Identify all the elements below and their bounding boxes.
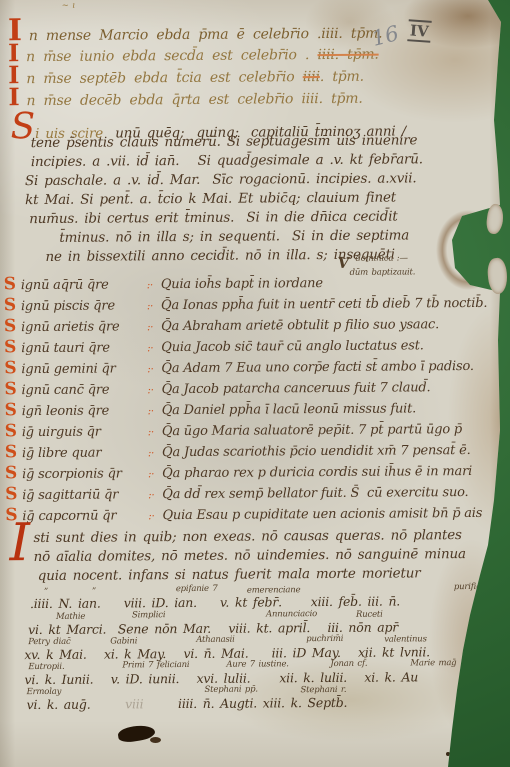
text-segment: epifanie 7 (176, 584, 218, 594)
text-segment: tene p̄sentis clauis numerū. Si septuag… (31, 132, 418, 151)
manuscript-line: V (338, 256, 350, 271)
manuscript-line: dūm baptizauit. (350, 268, 416, 277)
text-segment: Q̄a Judas scariothis p̄cio uendidit xm̄ … (162, 443, 471, 460)
text-segment: Q̄a Daniel pph̄a ī lacū leonū missus … (162, 401, 416, 418)
text-segment: Eutropii. (28, 662, 64, 672)
text-segment: ignū canc̄ q̄re (21, 383, 147, 397)
text-segment: iiii (303, 69, 320, 85)
text-segment: n mense Marcio ebda p̄ma ē celebr̄io .i… (29, 26, 383, 44)
text-segment: iḡ scorpionis q̄r (22, 467, 148, 481)
folio-numeral-ink: IV (407, 19, 431, 43)
text-segment: iiii. tp̄m. (317, 47, 378, 63)
manuscript-line: Stephani pp̄. (205, 685, 258, 694)
text-segment (154, 382, 162, 397)
text-segment: dominica :— (356, 253, 408, 263)
manuscript-line: Signū arietis q̄re:· Q̄a Abraham ariete… (4, 315, 439, 335)
manuscript-line: vi. k. auḡ. viii iiii. n̄. Augti. xiii.… (27, 697, 348, 712)
text-segment: . tp̄m. (320, 69, 364, 85)
text-segment: V (338, 254, 350, 272)
manuscript-line: I (9, 528, 30, 564)
manuscript-line: nō aīalia domites, nō metes. nō uind… (34, 548, 466, 565)
text-segment: n m̄se iunio ebda secd̄a est celebr̄io . (26, 47, 317, 65)
manuscript-line: Ruceti (356, 611, 383, 620)
text-segment: Jonan cf̄. (330, 659, 367, 669)
manuscript-line: Signū tauri q̄re:· Quia Jacob sic̄ taur… (4, 336, 424, 356)
manuscript-page: ~ ıIn mense Marcio ebda p̄ma ē celebr̄i… (0, 0, 510, 767)
manuscript-line: Simplici (132, 611, 165, 620)
manuscript-line: incipies. a .vii. id̄ ian̄. Si quad̄gesi… (31, 153, 423, 169)
manuscript-line: Annunciacio (266, 610, 317, 619)
text-segment: dūm baptizauit. (350, 267, 416, 277)
manuscript-line: Primi 7 feliciani (122, 661, 189, 670)
rubric-initial: S (4, 358, 21, 378)
text-segment: Q̄a Ionas pph̄a fuit in uentr̄ ceti tb̄ … (161, 296, 487, 313)
manuscript-line: quia nocent. infans si natus fuerit mala… (38, 567, 421, 583)
rubric-initial: S (5, 463, 22, 483)
text-segment: Q̄a pharao rex p duricia cordis sui ih̄u… (162, 464, 472, 481)
text-segment: nō aīalia domites, nō metes. nō uind… (34, 546, 466, 565)
text-segment (154, 403, 162, 418)
manuscript-line: num̄us. ibi certus erit t̄minus. Si in d… (29, 211, 397, 227)
manuscript-line: Aure 7 iustine. (226, 660, 288, 669)
text-segment: vi. k. auḡ. (27, 696, 126, 712)
manuscript-line: Signū piscis q̄re:· Q̄a Ionas pph̄a fui… (4, 294, 488, 314)
manuscript-line: Eutropii. (28, 663, 64, 672)
text-segment: num̄us. ibi certus erit t̄minus. Si in d… (29, 209, 397, 228)
manuscript-line: purifica (454, 583, 486, 592)
text-segment: Quia Esau p cupiditate uen acionis amisi… (162, 506, 482, 523)
text-segment: Gabini (110, 636, 137, 646)
manuscript-line: t̄minus. nō in illa s; in sequenti. Si … (59, 229, 409, 245)
rubric-initial: S (5, 442, 22, 462)
manuscript-line: .iiii. N. ian. viii. iD. ian. v. kt febr… (30, 596, 400, 611)
text-segment: Ruceti (356, 610, 383, 620)
text-segment: Annunciacio (266, 609, 317, 619)
text-segment (154, 445, 162, 460)
text-segment: ignū gemini q̄r (21, 362, 147, 376)
text-segment: valentinus (384, 634, 427, 644)
manuscript-line: Si paschale. a .v. id̄. Mar. Sīc rogaci… (25, 172, 417, 188)
text-segment: Q̄a Abraham arietē obtulit p filio suo … (161, 317, 439, 334)
manuscript-line: Siḡ sagittariū q̄r:· Q̄a dd̄ rex semp̄… (5, 483, 468, 503)
text-segment: Mathie (56, 612, 85, 622)
torn-edge-flap-bottom (486, 257, 509, 295)
manuscript-line: Sign̄ leonis q̄re:· Q̄a Daniel pph̄a ī … (5, 399, 417, 419)
manuscript-line: puchrim̄i (306, 635, 343, 644)
text-segment: Quia ioh̄s bapt̄ in iordane (161, 276, 323, 292)
manuscript-line: sti sunt dies in quib; non exeas. nō ca… (33, 529, 461, 545)
manuscript-line: Petry diac̄ (28, 638, 70, 647)
manuscript-line: In m̄se septēb ebda t̄cia est celebr̄io… (8, 65, 364, 86)
text-segment: ~ ı (62, 1, 75, 11)
manuscript-line: Signū gemini q̄r:· Q̄a Adam 7 Eua uno c… (4, 357, 474, 377)
text-segment: Marie maḡ (410, 658, 456, 668)
manuscript-line: Gabini (110, 637, 137, 646)
text-segment: sti sunt dies in quib; non exeas. nō ca… (33, 527, 461, 546)
manuscript-line: kt Mai. Si pent̄. a. t̄cio k Mai. Et ubi… (25, 192, 396, 208)
text-segment: iiii. n̄. Augti. xiii. k. Septb̄. (143, 695, 347, 711)
text-segment: Athanasii (196, 635, 235, 645)
text-segment (154, 424, 162, 439)
text-segment: Stephani pp̄. (205, 684, 258, 694)
manuscript-line: In m̄se decēb ebda q̄rta est celebr̄io … (8, 87, 362, 108)
manuscript-line: Stephani r. (301, 686, 347, 695)
text-segment: kt Mai. Si pent̄. a. t̄cio k Mai. Et ubi… (25, 190, 396, 209)
text-layer: ~ ıIn mense Marcio ebda p̄ma ē celebr̄i… (0, 0, 510, 767)
manuscript-line: ~ ı (62, 2, 75, 11)
ink-speck (446, 752, 450, 756)
text-segment: I (9, 513, 30, 573)
text-segment (154, 466, 162, 481)
manuscript-line: In m̄se iunio ebda secd̄a est celebr̄io … (8, 43, 379, 65)
manuscript-line: In mense Marcio ebda p̄ma ē celebr̄io .… (8, 18, 383, 44)
manuscript-line: Signū aq̄rū q̄re:· Quia ioh̄s bapt̄ in… (4, 274, 323, 293)
manuscript-line: Siḡ scorpionis q̄r:· Q̄a pharao rex p d… (5, 462, 472, 482)
text-segment: iḡ capcornū q̄r (22, 509, 148, 523)
text-segment: ignū tauri q̄re (21, 341, 147, 355)
rubric-initial: S (5, 400, 22, 420)
manuscript-line: Jonan cf̄. (330, 660, 367, 669)
text-segment: ignū arietis q̄re (21, 320, 147, 334)
manuscript-line: Siḡ capcornū q̄r:· Quia Esau p cupidit… (5, 504, 482, 524)
text-segment: incipies. a .vii. id̄ ian̄. Si quad̄gesi… (31, 151, 423, 170)
manuscript-line: Athanasii (196, 636, 235, 645)
text-segment: Stephani r. (301, 685, 347, 695)
text-segment: ignū piscis q̄re (21, 299, 147, 313)
text-segment: t̄minus. nō in illa s; in sequenti. Si … (59, 227, 409, 245)
rubric-initial: S (5, 484, 22, 504)
manuscript-line: dominica :— (356, 254, 408, 263)
rubric-initial: S (4, 379, 21, 399)
text-segment: Q̄a ūgo Maria saluatorē pep̄it. 7 pt̄ … (162, 422, 462, 439)
text-segment: Q̄a dd̄ rex semp̄ bellator fuit. S̄ cū … (162, 485, 468, 502)
rubric-initial: S (4, 337, 21, 357)
parchment-hole-stain (150, 737, 161, 743)
text-segment: n m̄se septēb ebda t̄cia est celebr̄io (26, 69, 303, 87)
manuscript-line: valentinus (384, 635, 427, 644)
text-segment: purifica (454, 582, 486, 592)
text-segment (153, 340, 161, 355)
text-segment: viii (125, 696, 143, 711)
text-segment: n m̄se decēb ebda q̄rta est celebr̄io i… (26, 91, 362, 109)
manuscript-line: Mathie (56, 613, 85, 622)
text-segment: iḡ sagittariū q̄r (22, 488, 148, 502)
rubric-initial: S (4, 316, 21, 336)
text-segment (153, 361, 161, 376)
text-segment (153, 298, 161, 313)
rubric-initial: S (5, 421, 22, 441)
manuscript-line: Ermolay (27, 688, 62, 697)
text-segment: puchrim̄i (306, 634, 343, 644)
text-segment: Simplici (132, 610, 165, 620)
manuscript-line: epifanie 7 (176, 585, 218, 594)
manuscript-line: Siḡ libre quar:· Q̄a Judas scariothis p… (5, 441, 471, 461)
text-segment: Q̄a Adam 7 Eua uno corp̄e facti st̄ ambo… (161, 359, 473, 376)
text-segment: .iiii. N. ian. viii. iD. ian. v. kt febr… (30, 594, 400, 612)
text-segment: Aure 7 iustine. (226, 659, 288, 669)
text-segment (153, 277, 161, 292)
manuscript-line: tene p̄sentis clauis numerū. Si septuag… (31, 134, 418, 150)
text-segment: ignū aq̄rū q̄re (21, 278, 147, 292)
photo-background: ~ ıIn mense Marcio ebda p̄ma ē celebr̄i… (0, 0, 510, 767)
manuscript-line: Siḡ uirguis q̄r:· Q̄a ūgo Maria saluat… (5, 420, 462, 440)
text-segment: Primi 7 feliciani (122, 660, 189, 670)
manuscript-line: Marie maḡ (410, 659, 456, 668)
rubric-initial: S (4, 295, 21, 315)
text-segment: ign̄ leonis q̄re (22, 404, 148, 418)
text-segment: Petry diac̄ (28, 637, 70, 647)
text-segment: iḡ uirguis q̄r (22, 425, 148, 439)
manuscript-line: Signū canc̄ q̄re:· Q̄a Jacob patarcha c… (4, 378, 430, 398)
rubric-initial: S (4, 274, 21, 294)
text-segment: Q̄a Jacob patarcha canceruus fuit 7 clau… (162, 380, 431, 397)
text-segment (155, 508, 163, 523)
text-segment: Ermolay (27, 687, 62, 697)
text-segment: Si paschale. a .v. id̄. Mar. Sīc rogaci… (25, 170, 417, 189)
text-segment: Quia Jacob sic̄ taur̄ cū anglo luctatus… (161, 338, 423, 355)
text-segment: quia nocent. infans si natus fuerit mala… (38, 565, 421, 584)
text-segment: iḡ libre quar (22, 446, 148, 460)
